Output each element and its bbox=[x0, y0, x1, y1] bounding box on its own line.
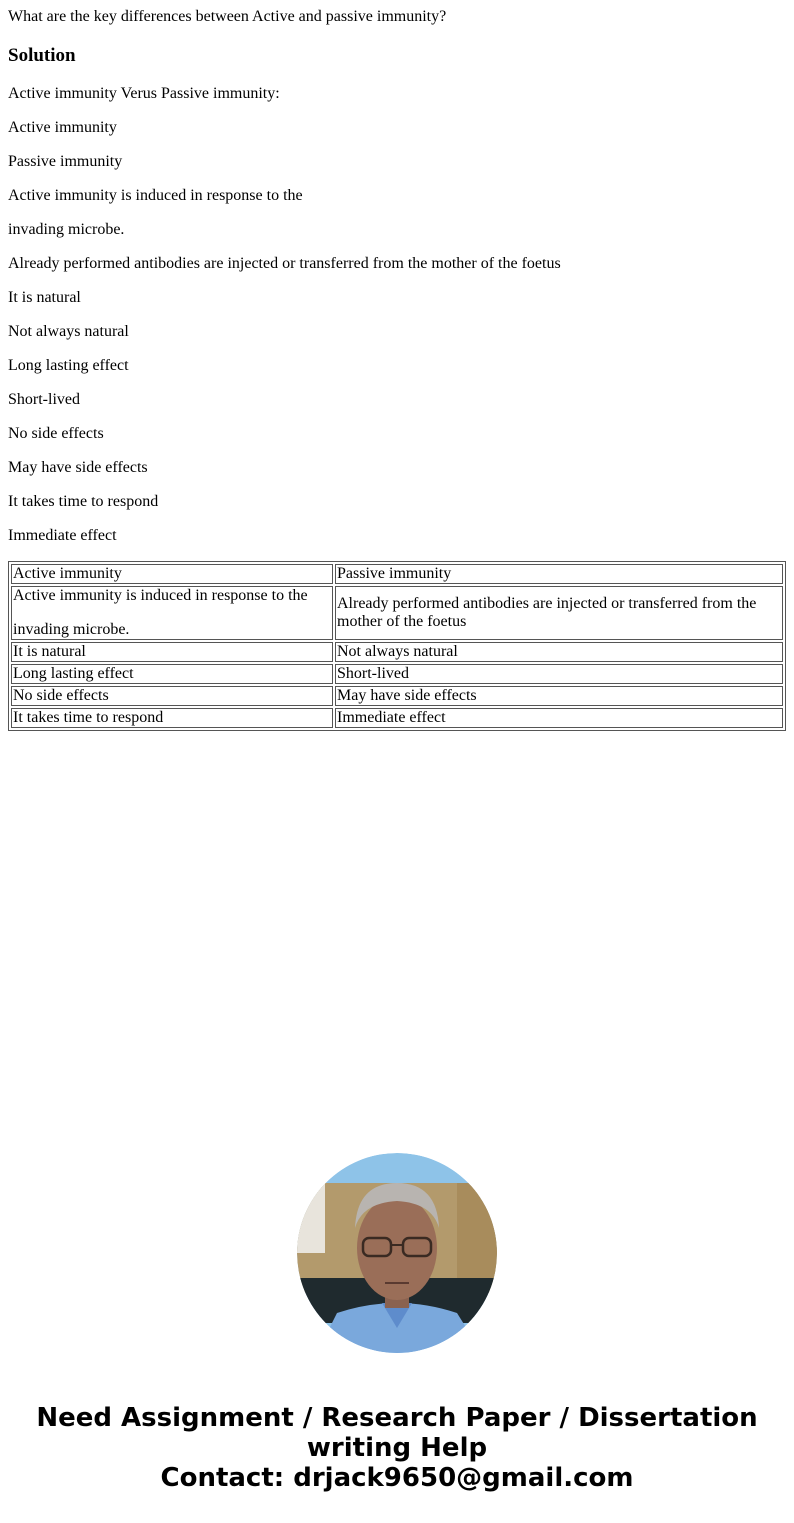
cell-line: Active immunity is induced in response t… bbox=[13, 587, 308, 604]
table-cell-active: Long lasting effect bbox=[11, 664, 333, 684]
promo-contact: Contact: drjack9650@gmail.com bbox=[0, 1463, 794, 1493]
cell-line: invading microbe. bbox=[13, 621, 129, 638]
table-cell-passive: Not always natural bbox=[335, 642, 783, 662]
solution-line: Not always natural bbox=[8, 323, 561, 341]
question-text: What are the key differences between Act… bbox=[8, 8, 446, 26]
table-row: Long lasting effect Short-lived bbox=[11, 664, 783, 684]
promo-line: Need Assignment / Research Paper / Disse… bbox=[0, 1403, 794, 1433]
table-cell-active: No side effects bbox=[11, 686, 333, 706]
table-cell-active: Active immunity is induced in response t… bbox=[11, 586, 333, 640]
solution-line: It takes time to respond bbox=[8, 493, 561, 511]
table-row: It takes time to respond Immediate effec… bbox=[11, 708, 783, 728]
table-header-row: Active immunity Passive immunity bbox=[11, 564, 783, 584]
solution-line: Already performed antibodies are injecte… bbox=[8, 255, 561, 273]
solution-line: Active immunity is induced in response t… bbox=[8, 187, 561, 205]
table-row: No side effects May have side effects bbox=[11, 686, 783, 706]
solution-line: Long lasting effect bbox=[8, 357, 561, 375]
table-header-passive: Passive immunity bbox=[335, 564, 783, 584]
table-cell-passive: Immediate effect bbox=[335, 708, 783, 728]
table-cell-passive: May have side effects bbox=[335, 686, 783, 706]
comparison-table: Active immunity Passive immunity Active … bbox=[8, 561, 786, 731]
solution-heading: Solution bbox=[8, 45, 76, 67]
table-row: It is natural Not always natural bbox=[11, 642, 783, 662]
table-row: Active immunity is induced in response t… bbox=[11, 586, 783, 640]
author-avatar bbox=[297, 1153, 497, 1353]
solution-line: Passive immunity bbox=[8, 153, 561, 171]
solution-line: No side effects bbox=[8, 425, 561, 443]
solution-line: Immediate effect bbox=[8, 527, 561, 545]
table-cell-active: It takes time to respond bbox=[11, 708, 333, 728]
author-photo-icon bbox=[297, 1153, 497, 1353]
solution-line: May have side effects bbox=[8, 459, 561, 477]
solution-line: Active immunity bbox=[8, 119, 561, 137]
table-cell-active: It is natural bbox=[11, 642, 333, 662]
solution-line: invading microbe. bbox=[8, 221, 561, 239]
promo-banner: Need Assignment / Research Paper / Disse… bbox=[0, 1403, 794, 1493]
table-header-active: Active immunity bbox=[11, 564, 333, 584]
solution-line: It is natural bbox=[8, 289, 561, 307]
promo-line: writing Help bbox=[0, 1433, 794, 1463]
solution-line: Short-lived bbox=[8, 391, 561, 409]
table-cell-passive: Already performed antibodies are injecte… bbox=[335, 586, 783, 640]
solution-lines: Active immunity Verus Passive immunity: … bbox=[8, 85, 561, 561]
solution-line: Active immunity Verus Passive immunity: bbox=[8, 85, 561, 103]
table-cell-passive: Short-lived bbox=[335, 664, 783, 684]
